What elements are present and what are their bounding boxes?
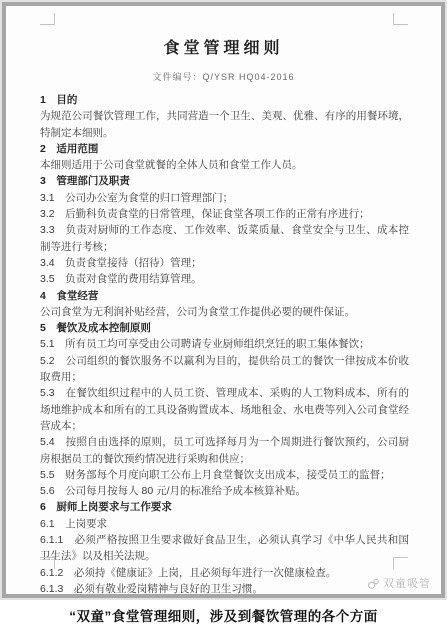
paragraph: 为规范公司餐饮管理工作，共同营造一个卫生、美观、优雅、有序的用餐环境，特制定本细…	[40, 108, 409, 141]
paragraph: 5.3 在餐饮组织过程中的人员工资、管理成本、采购的人工物料成本、所有的场地维护…	[40, 385, 409, 434]
paragraph: 5.2 公司组织的餐饮服务不以赢利为目的，提供给员工的餐饮一律按成本价收取费用；	[40, 353, 409, 386]
paragraph: 3.2 后勤科负责食堂的日常管理，保证食堂各项工作的正常有序进行；	[40, 206, 409, 222]
document-page: 食堂管理细则 文件编号：Q/YSR HQ04-2016 1 目的为规范公司餐饮管…	[2, 2, 445, 598]
crop-mark-bottom-left	[40, 557, 55, 569]
section-heading: 4 食堂经营	[40, 288, 409, 304]
document-title: 食堂管理细则	[6, 35, 441, 58]
brand-logo-icon	[367, 577, 380, 590]
paragraph: 3.1 公司办公室为食堂的归口管理部门；	[40, 190, 409, 206]
image-caption: “双童”食堂管理细则，涉及到餐饮管理的各个方面	[0, 600, 447, 630]
watermark-text: 双童吸管	[383, 575, 431, 591]
paragraph: 5.1 所有员工均可享受由公司聘请专业厨师组织烹饪的职工集体餐饮；	[40, 336, 409, 352]
document-figure: 食堂管理细则 文件编号：Q/YSR HQ04-2016 1 目的为规范公司餐饮管…	[0, 0, 447, 600]
paragraph: 3.4 负责食堂接待（招待）管理；	[40, 255, 409, 271]
section-heading: 6 厨师上岗要求与工作要求	[40, 499, 409, 515]
crop-mark-top-right	[393, 13, 408, 25]
paragraph: 5.4 按照自由选择的原则，员工可选择每月为一个周期进行餐饮预约，公司厨房根据员…	[40, 434, 409, 467]
paragraph: 3.5 负责对食堂的费用结算管理。	[40, 271, 409, 287]
paragraph: 3.3 负责对厨师的工作态度、工作效率、饭菜质量、食堂安全与卫生、成本控制等进行…	[40, 222, 409, 255]
document-body: 1 目的为规范公司餐饮管理工作，共同营造一个卫生、美观、优雅、有序的用餐环境，特…	[6, 92, 441, 597]
crop-mark-bottom-right	[393, 557, 408, 569]
document-number: 文件编号：Q/YSR HQ04-2016	[6, 70, 441, 83]
paragraph: 6.1 上岗要求	[40, 516, 409, 532]
paragraph: 6.1.3 必须有敬业爱岗精神与良好的卫生习惯。	[40, 581, 409, 597]
paragraph: 6.1.1 必须严格按照卫生要求做好食品卫生，必须认真学习《中华人民共和国卫生法…	[40, 532, 409, 565]
section-heading: 5 餐饮及成本控制原则	[40, 320, 409, 336]
crop-mark-top-left	[40, 13, 55, 25]
section-heading: 3 管理部门及职责	[40, 173, 409, 189]
paragraph: 5.5 财务部每个月度向职工公布上月食堂餐饮支出成本，接受员工的监督；	[40, 467, 409, 483]
watermark: 双童吸管	[367, 575, 431, 591]
paragraph: 5.6 公司每月按每人 80 元/月的标准给予成本核算补贴。	[40, 483, 409, 499]
paragraph: 6.1.2 必须持《健康证》上岗，且必须每年进行一次健康检查。	[40, 565, 409, 581]
paragraph: 公司食堂为无利润补贴经营，公司为食堂工作提供必要的硬件保证。	[40, 304, 409, 320]
section-heading: 1 目的	[40, 92, 409, 108]
section-heading: 2 适用范围	[40, 141, 409, 157]
paragraph: 本细则适用于公司食堂就餐的全体人员和食堂工作人员。	[40, 157, 409, 173]
